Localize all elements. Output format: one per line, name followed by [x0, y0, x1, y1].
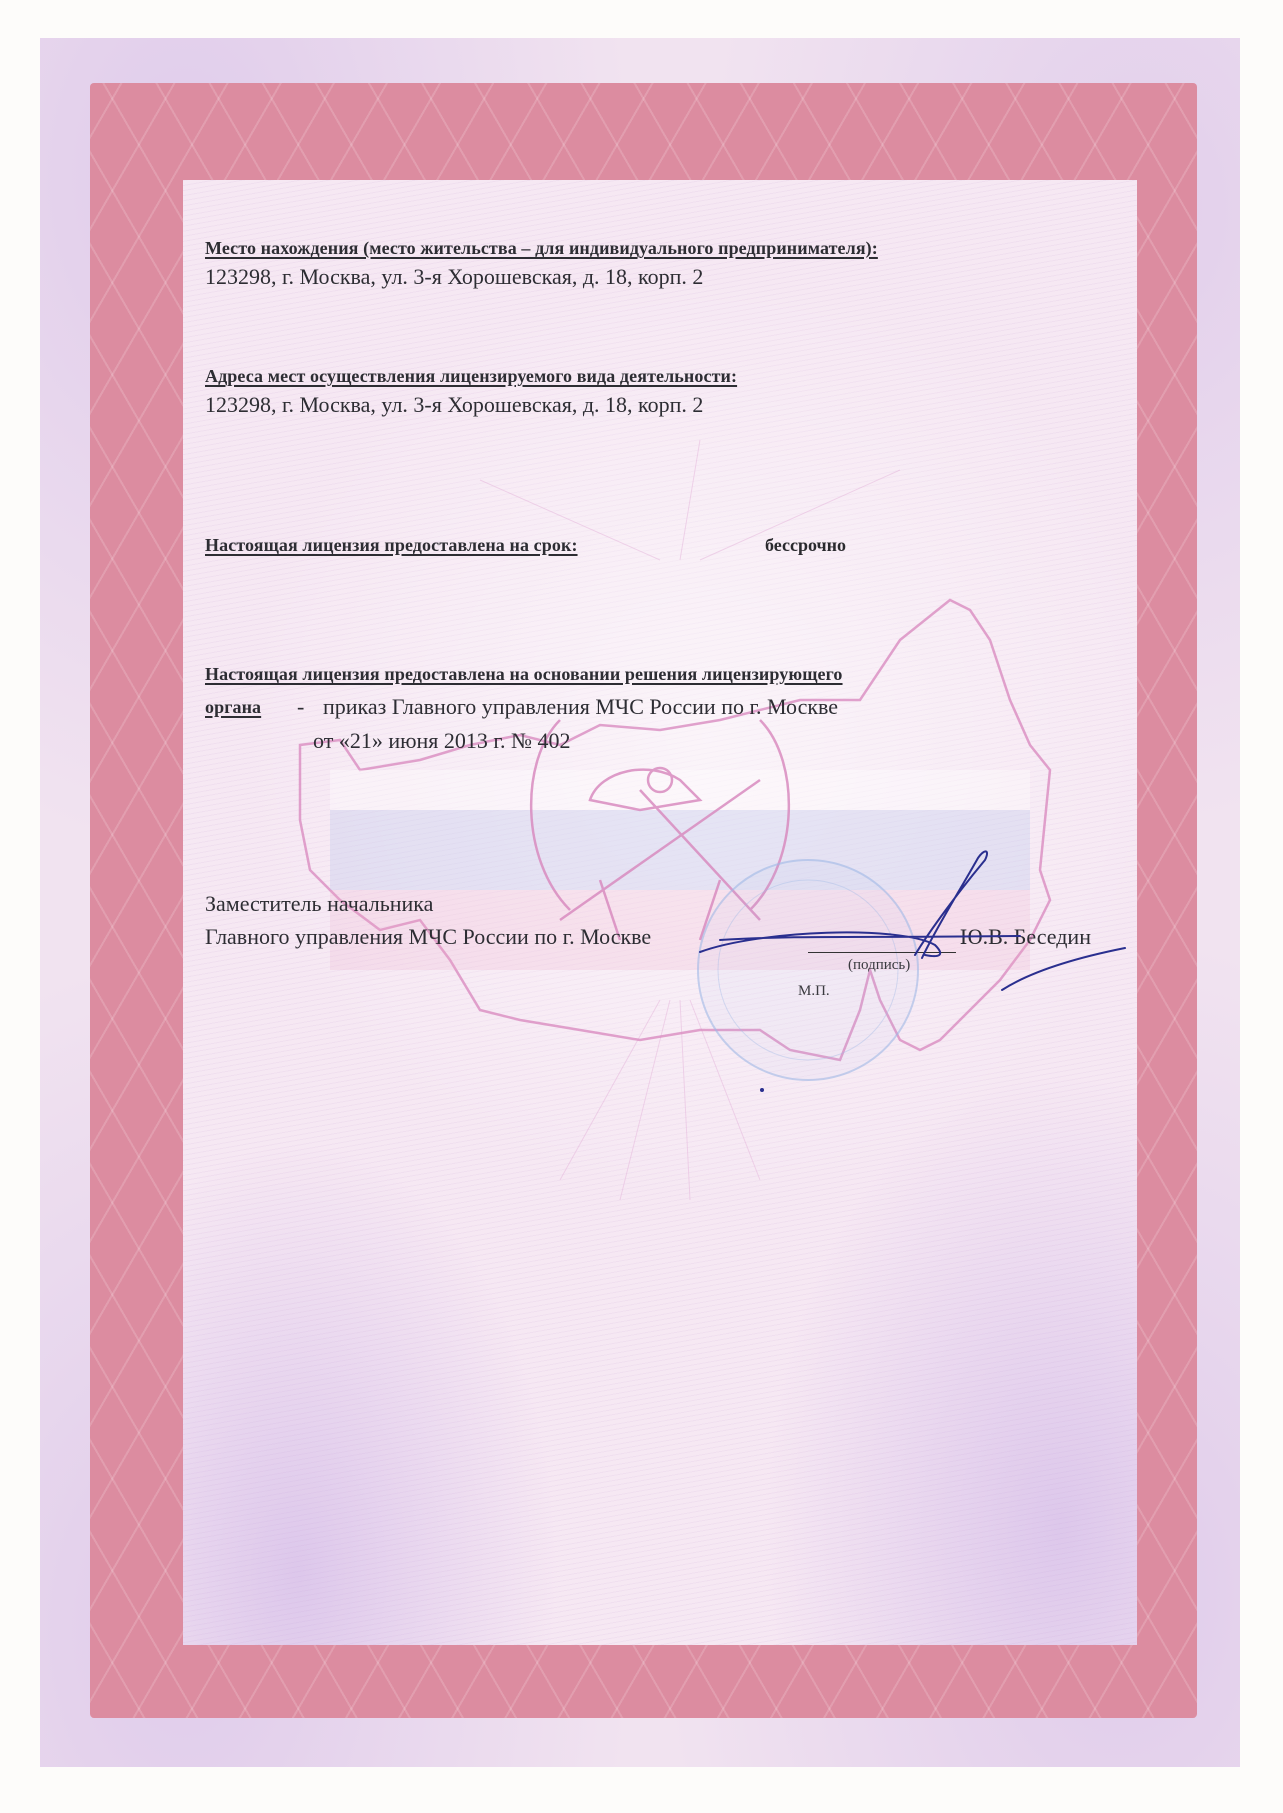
seal-caption: М.П. — [798, 983, 830, 1000]
location-value: 123298, г. Москва, ул. 3-я Хорошевская, … — [205, 264, 703, 290]
term-value: бессрочно — [765, 535, 846, 556]
location-label: Место нахождения (место жительства – для… — [205, 238, 878, 259]
signatory-title-line2: Главного управления МЧС России по г. Мос… — [205, 924, 651, 950]
basis-dash: - — [297, 694, 304, 720]
activity-addresses-label: Адреса мест осуществления лицензируемого… — [205, 366, 737, 387]
signatory-name: Ю.В. Беседин — [960, 924, 1091, 950]
signature-caption: (подпись) — [848, 957, 910, 974]
signature-line — [808, 952, 956, 953]
term-label: Настоящая лицензия предоставлена на срок… — [205, 535, 578, 556]
signatory-title-line1: Заместитель начальника — [205, 891, 433, 917]
basis-value-line2: от «21» июня 2013 г. № 402 — [313, 728, 570, 754]
basis-label-line1: Настоящая лицензия предоставлена на осно… — [205, 664, 843, 685]
activity-addresses-value: 123298, г. Москва, ул. 3-я Хорошевская, … — [205, 392, 703, 418]
basis-value-line1: приказ Главного управления МЧС России по… — [323, 694, 838, 720]
basis-label-line2: органа — [205, 697, 261, 718]
